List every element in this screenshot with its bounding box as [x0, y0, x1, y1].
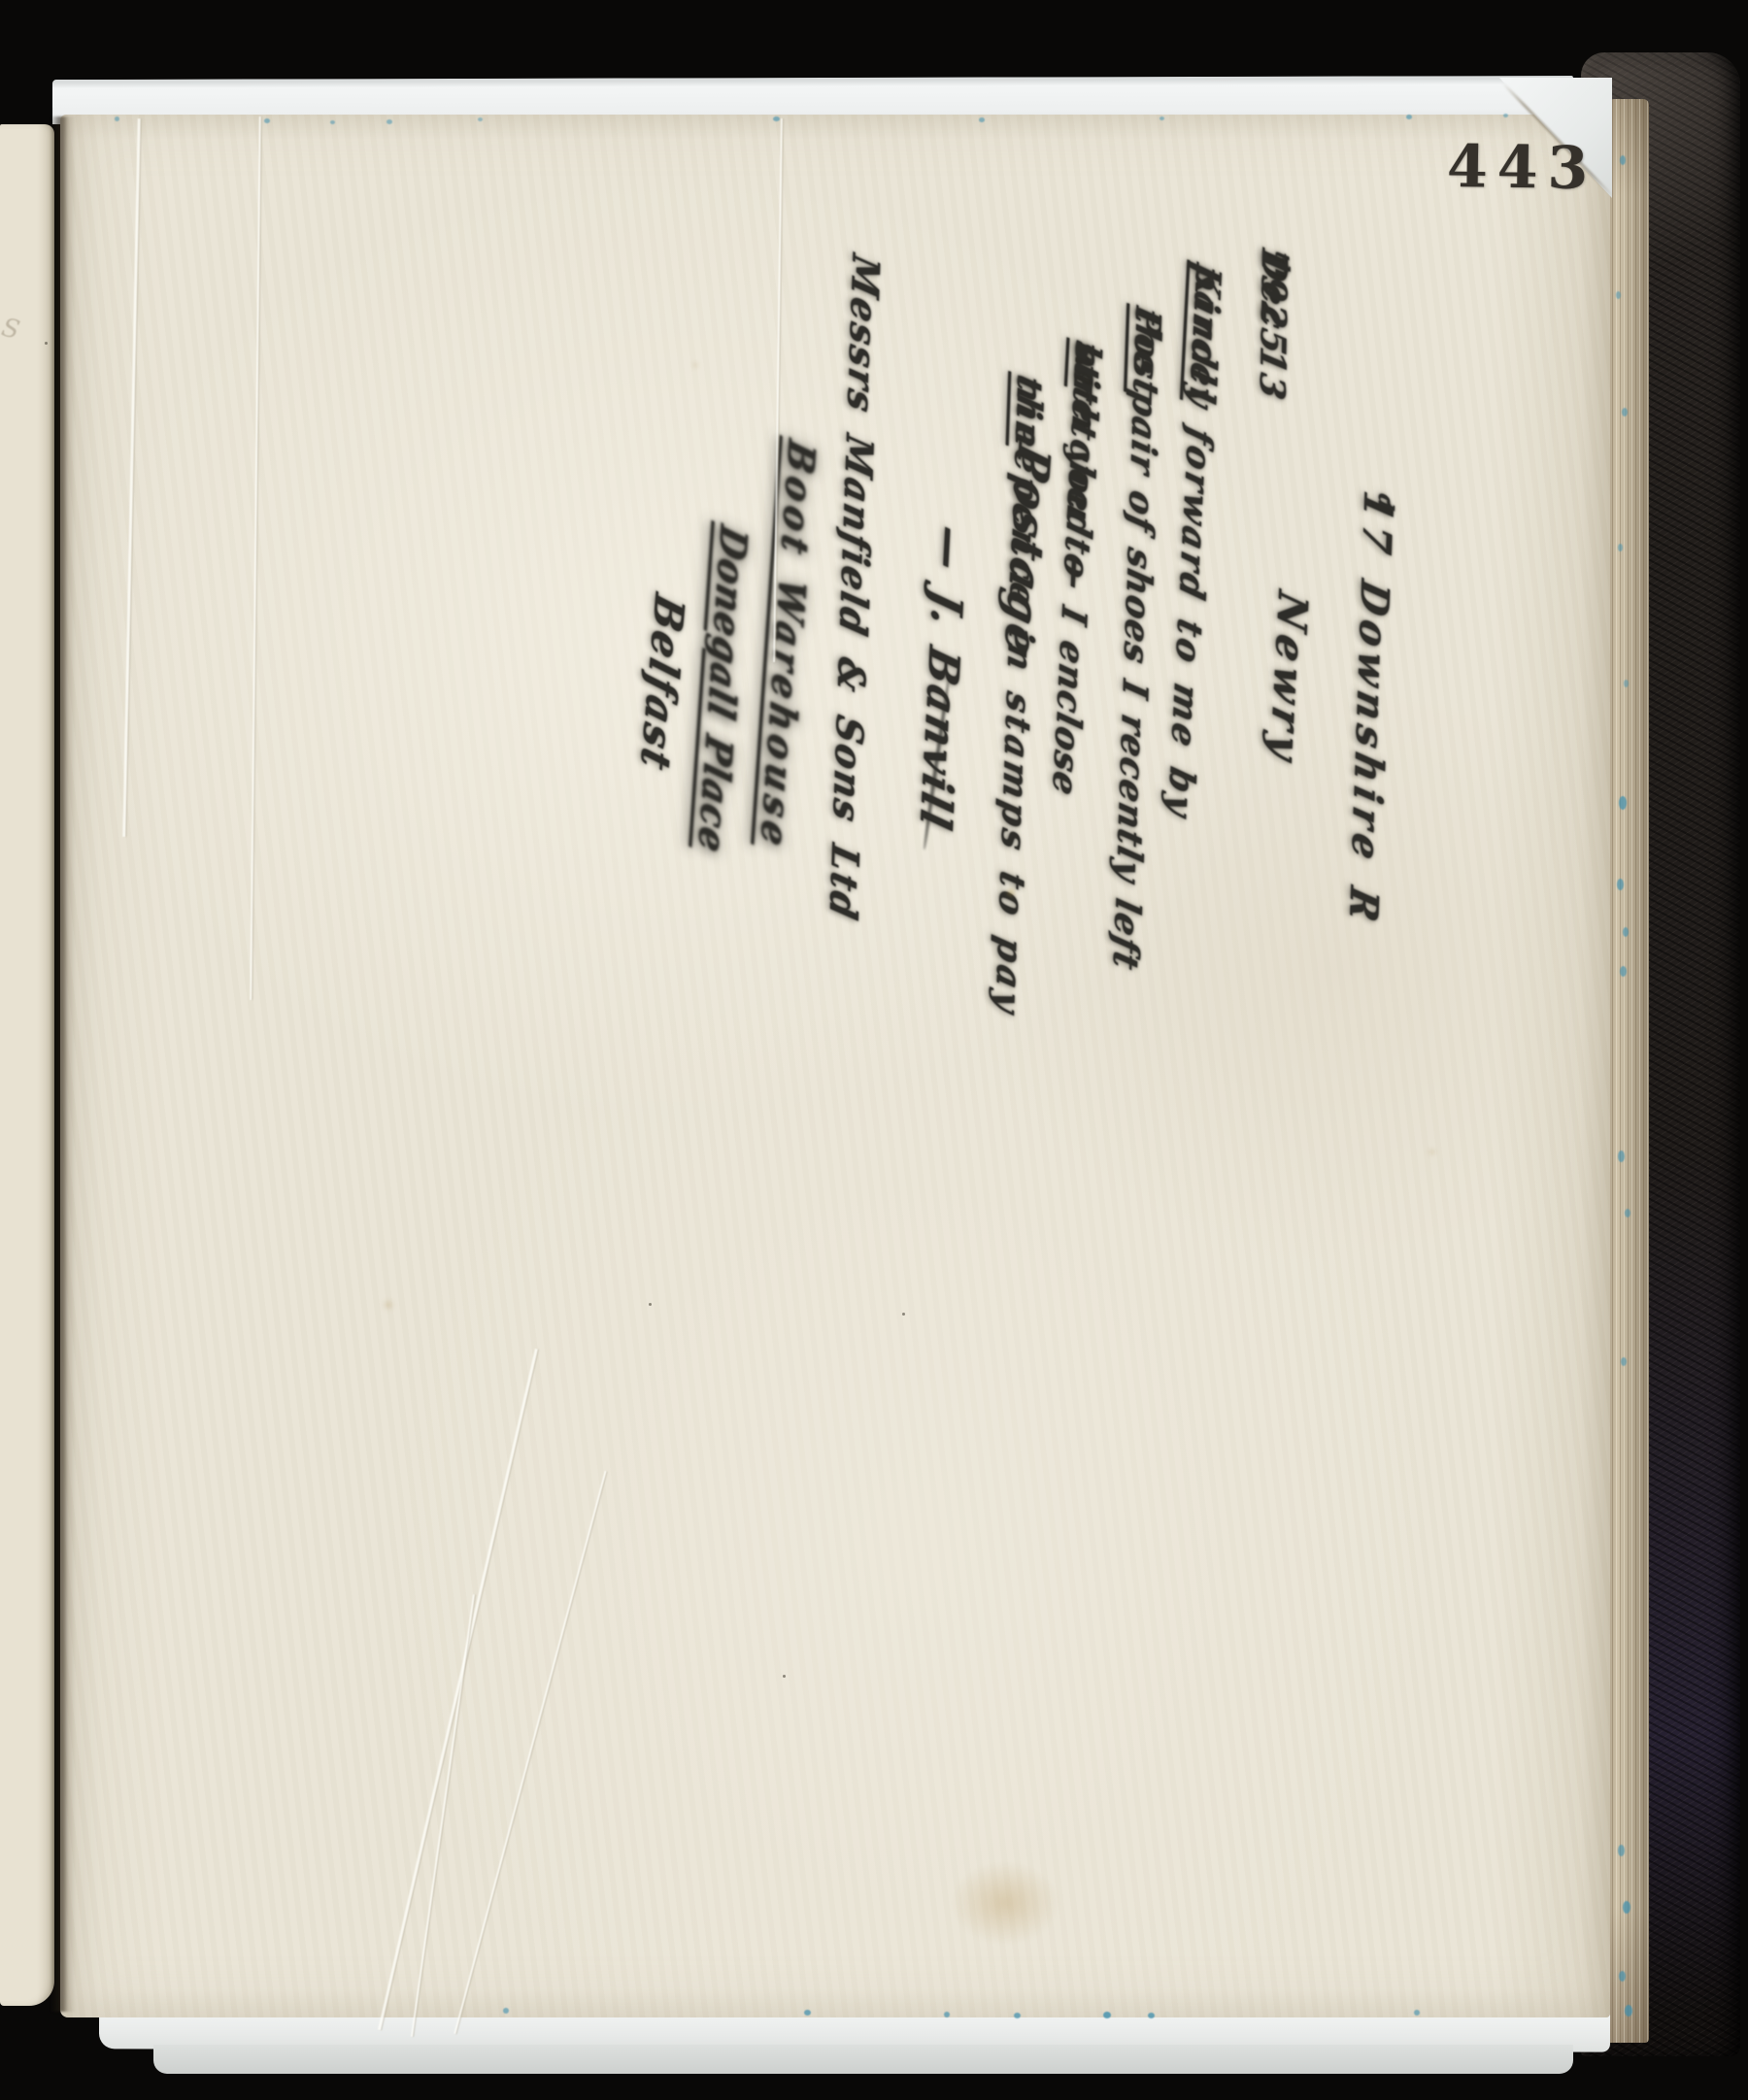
- letter-text-segment: 1925: [1255, 247, 1292, 359]
- ink-speckle: [1503, 114, 1508, 117]
- ink-speckle: [944, 2012, 950, 2017]
- ink-speckle: [1625, 1209, 1630, 1217]
- letter-text-segment: Postage: [998, 440, 1057, 662]
- letter-text-segment: parcel: [1184, 260, 1226, 409]
- ink-speckle: [1623, 1901, 1630, 1914]
- ink-speckle: [264, 118, 270, 123]
- ink-speckle: [503, 2008, 509, 2014]
- tissue-page: [60, 115, 1610, 2017]
- ink-speckle: [1619, 796, 1627, 810]
- ink-speckle: [387, 119, 392, 124]
- ink-speckle: [1618, 1150, 1625, 1162]
- ink-speckle: [1414, 2010, 1420, 2016]
- page-number: 443: [1447, 133, 1598, 203]
- ink-speckle: [1622, 408, 1628, 417]
- paper-stain: [952, 1862, 1059, 1944]
- ink-speckle: [1625, 2005, 1632, 2017]
- ink-speckle: [1620, 155, 1626, 165]
- paper-stain: [1428, 1148, 1436, 1156]
- paper-stain: [691, 361, 699, 369]
- ink-speckle: [1148, 2013, 1155, 2018]
- paper-stain: [1006, 887, 1016, 897]
- ink-speckle: [804, 2010, 811, 2016]
- ink-speckle: [1618, 544, 1623, 551]
- ink-speckle: [1406, 115, 1412, 119]
- ink-speckle: [1616, 291, 1621, 299]
- page-edges-stack: [1604, 99, 1649, 2043]
- paper-stain: [383, 1299, 394, 1311]
- ink-speckle: [1160, 117, 1164, 120]
- ink-speckle: [115, 117, 119, 121]
- ink-speckle: [1617, 879, 1624, 890]
- previous-page-edge: S: [0, 124, 54, 2006]
- ink-speckle: [1619, 1971, 1626, 1982]
- paper-fleck: [783, 1675, 786, 1678]
- gutter-seam: [50, 117, 76, 2012]
- ink-speckle: [979, 117, 985, 122]
- ink-speckle: [330, 120, 335, 124]
- paper-fleck: [902, 1313, 905, 1316]
- ink-speckle: [1014, 2013, 1021, 2018]
- ink-speckle: [1618, 1845, 1625, 1856]
- ink-speckle: [1621, 1357, 1627, 1366]
- letterpress-copybook-scan: S 443 17 Downshire RdNewryDec 13th 1925K…: [0, 0, 1748, 2100]
- backing-sheet-bottom-2: [153, 2045, 1573, 2074]
- ink-speckle: [1623, 927, 1629, 937]
- ink-speckle: [1624, 680, 1629, 687]
- ink-speckle: [1620, 966, 1627, 977]
- ink-speckle: [773, 117, 780, 121]
- letter-text-segment: Newry: [1263, 587, 1313, 771]
- ink-speckle: [1103, 2012, 1111, 2018]
- paper-fleck: [649, 1303, 652, 1306]
- show-through-mark: S: [0, 313, 22, 345]
- paper-fleck: [45, 342, 48, 345]
- ink-speckle: [478, 117, 483, 121]
